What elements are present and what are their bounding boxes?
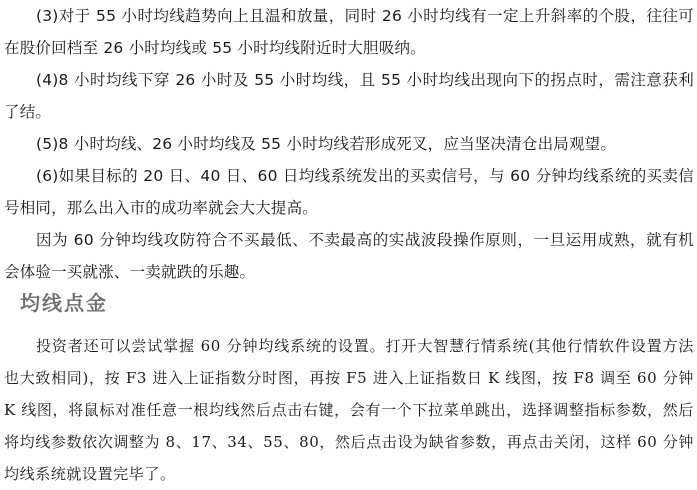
- paragraph-6: (6)如果目标的 20 日、40 日、60 日均线系统发出的买卖信号，与 60 …: [4, 160, 694, 224]
- section-heading: 均线点金: [20, 287, 108, 316]
- paragraph-summary: 因为 60 分钟均线攻防符合不买最低、不卖最高的实战波段操作原则，一旦运用成熟，…: [4, 224, 694, 288]
- paragraph-4: (4)8 小时均线下穿 26 小时及 55 小时均线，且 55 小时均线出现向下…: [4, 64, 694, 128]
- paragraph-setup-instructions: 投资者还可以尝试掌握 60 分钟均线系统的设置。打开大智慧行情系统(其他行情软件…: [4, 330, 694, 490]
- paragraph-5: (5)8 小时均线、26 小时均线及 55 小时均线若形成死叉，应当坚决清仓出局…: [4, 128, 694, 160]
- paragraph-3: (3)对于 55 小时均线趋势向上且温和放量，同时 26 小时均线有一定上升斜率…: [4, 0, 694, 64]
